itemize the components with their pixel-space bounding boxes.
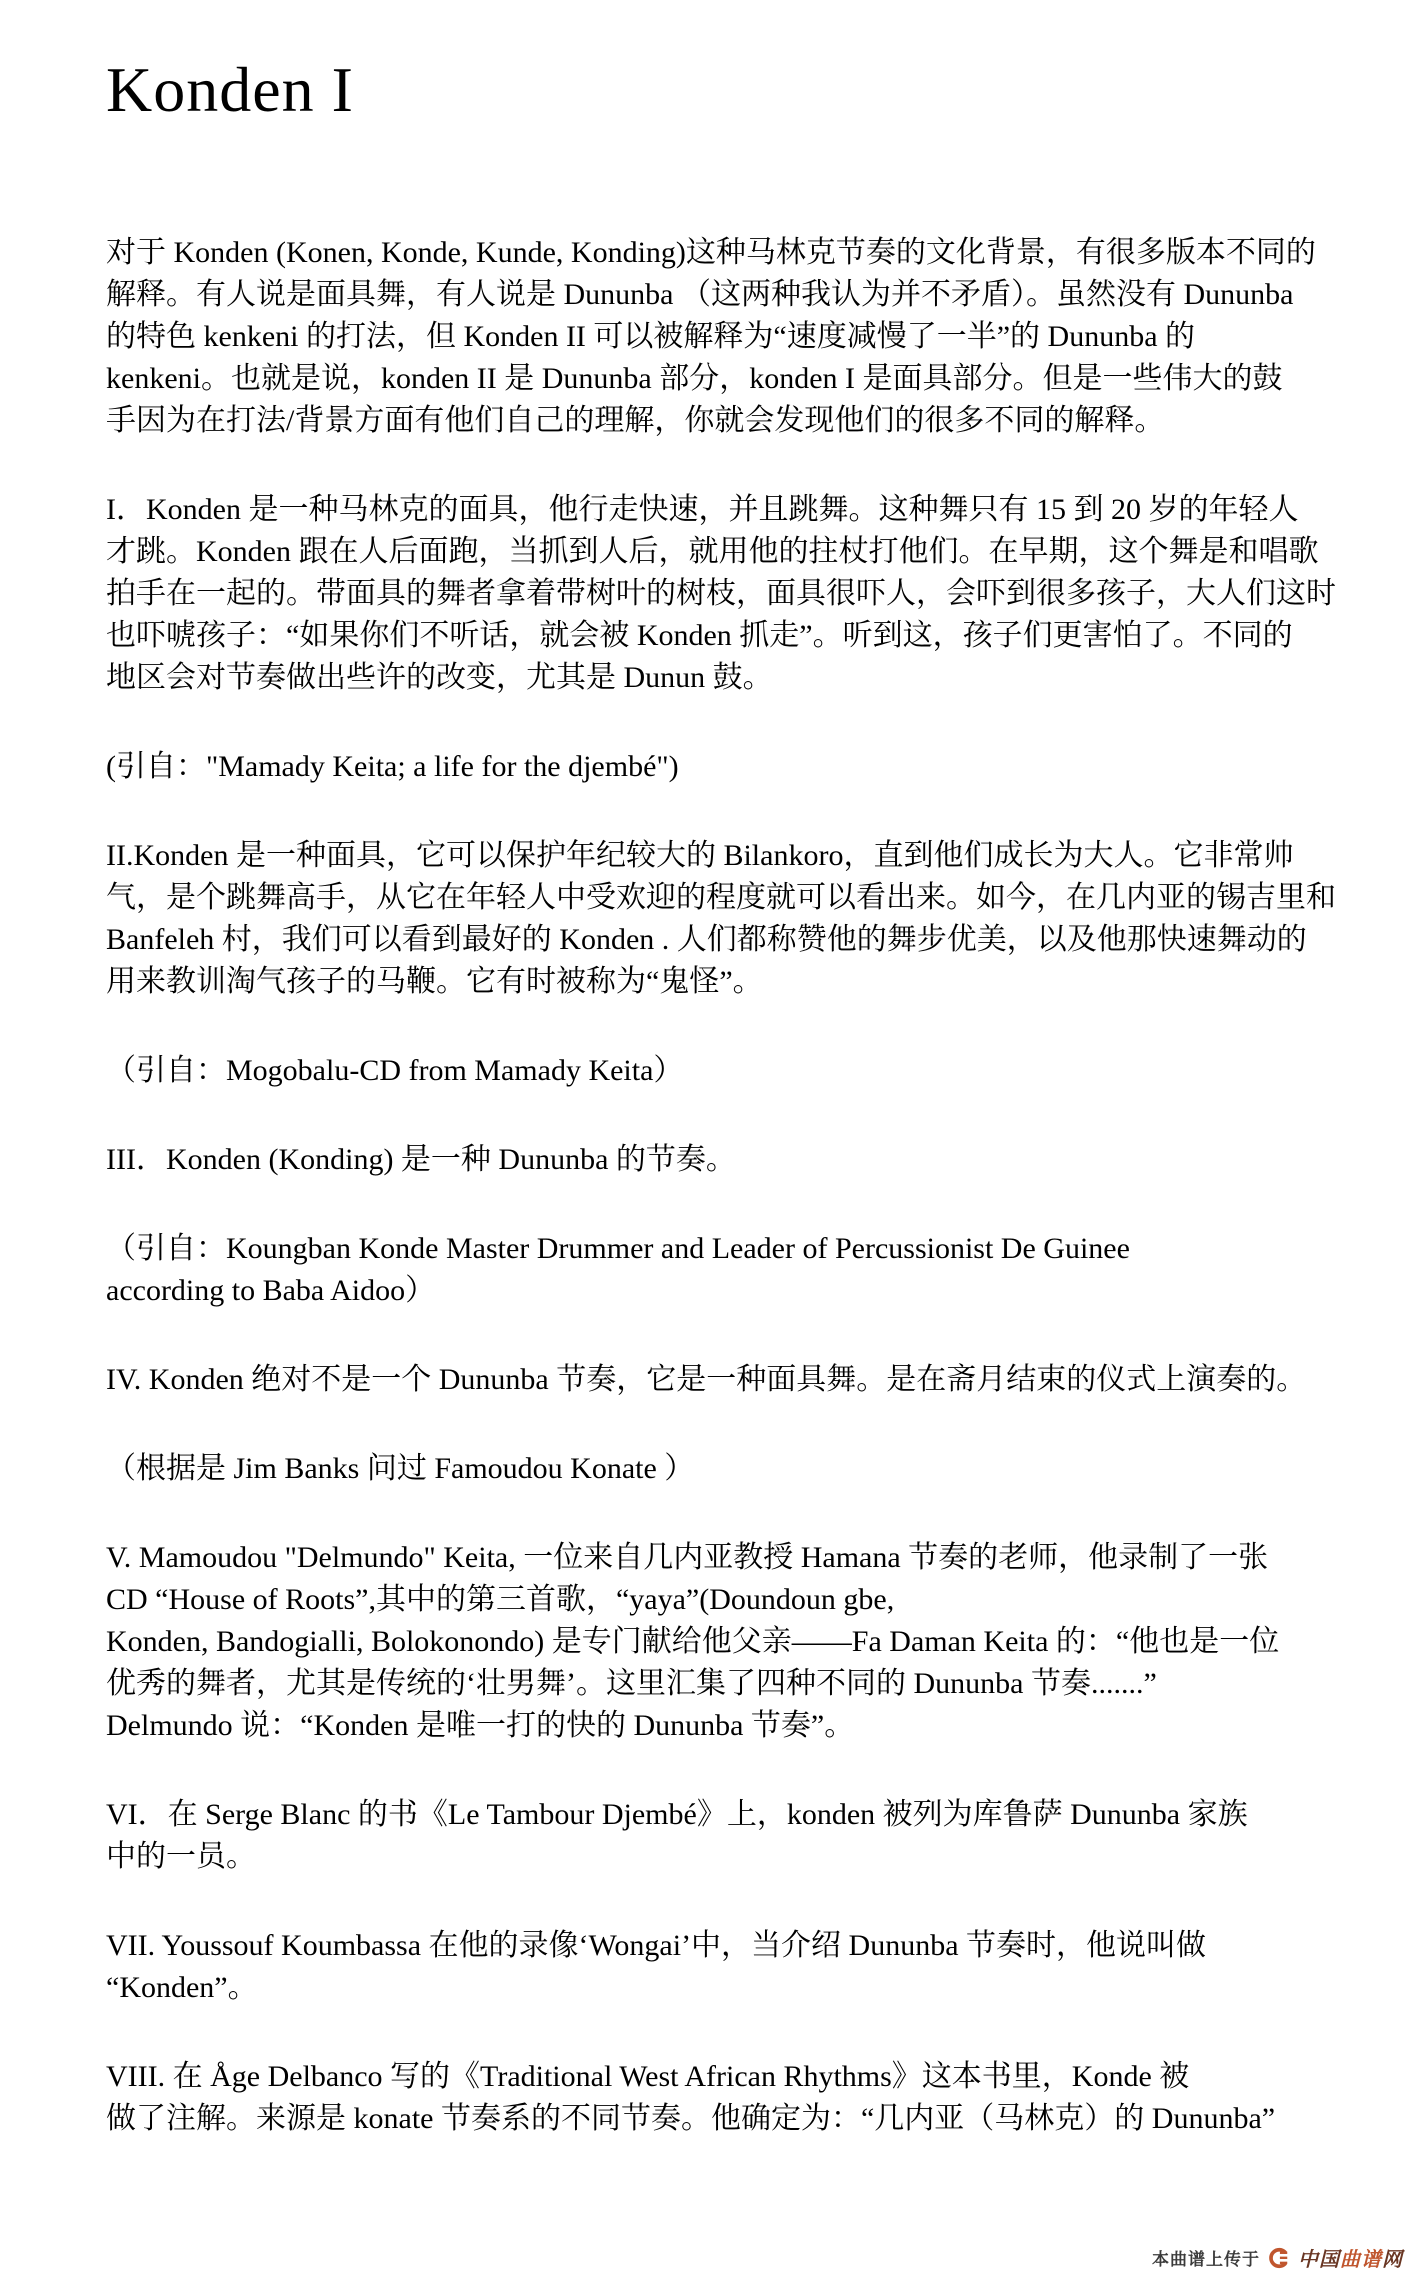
section-2-paragraph: II.Konden 是一种面具，它可以保护年纪较大的 Bilankoro，直到他… [106,835,1345,1003]
text-line: 做了注解。来源是 konate 节奏系的不同节奏。他确定为：“几内亚（马林克）的… [106,2098,1345,2140]
text-line: 解释。有人说是面具舞，有人说是 Dununba （这两种我认为并不矛盾）。虽然没… [106,274,1345,316]
text-line: 的特色 kenkeni 的打法，但 Konden II 可以被解释为“速度减慢了… [106,316,1345,358]
text-line: 才跳。Konden 跟在人后面跑，当抓到人后，就用他的拄杖打他们。在早期，这个舞… [106,531,1345,573]
section-1-paragraph: I．Konden 是一种马林克的面具，他行走快速，并且跳舞。这种舞只有 15 到… [106,489,1345,699]
text-line: （引自：Mogobalu-CD from Mamady Keita） [106,1050,1345,1092]
text-line: 对于 Konden (Konen, Konde, Kunde, Konding)… [106,232,1345,274]
text-line: I．Konden 是一种马林克的面具，他行走快速，并且跳舞。这种舞只有 15 到… [106,489,1345,531]
text-line: 也吓唬孩子：“如果你们不听话，就会被 Konden 抓走”。听到这，孩子们更害怕… [106,615,1345,657]
citation-3: （引自：Koungban Konde Master Drummer and Le… [106,1228,1345,1312]
site-name-part-1: 中国 [1298,2249,1340,2271]
text-line: 拍手在一起的。带面具的舞者拿着带树叶的树枝，面具很吓人，会吓到很多孩子，大人们这… [106,573,1345,615]
text-line: 中的一员。 [106,1836,1345,1878]
intro-paragraph: 对于 Konden (Konen, Konde, Kunde, Konding)… [106,232,1345,442]
footer-upload-text: 本曲谱上传于 [1152,2245,1260,2270]
text-line: kenkeni。也就是说，konden II 是 Dununba 部分，kond… [106,358,1345,400]
text-line: Banfeleh 村，我们可以看到最好的 Konden . 人们都称赞他的舞步优… [106,919,1345,961]
text-line: Delmundo 说：“Konden 是唯一打的快的 Dununba 节奏”。 [106,1705,1345,1747]
text-line: 手因为在打法/背景方面有他们自己的理解，你就会发现他们的很多不同的解释。 [106,400,1345,442]
document-title: Konden I [106,48,1345,132]
text-line: VII. Youssouf Koumbassa 在他的录像‘Wongai’中，当… [106,1925,1345,1967]
text-line: “Konden”。 [106,1967,1345,2009]
text-line: III．Konden (Konding) 是一种 Dununba 的节奏。 [106,1139,1345,1181]
text-line: 优秀的舞者，尤其是传统的‘壮男舞’。这里汇集了四种不同的 Dununba 节奏.… [106,1663,1345,1705]
text-line: (引自："Mamady Keita; a life for the djembé… [106,746,1345,788]
text-line: （根据是 Jim Banks 问过 Famoudou Konate ） [106,1448,1345,1490]
site-name: 中国曲谱网 [1298,2243,1403,2272]
text-line: Konden, Bandogialli, Bolokonondo) 是专门献给他… [106,1621,1345,1663]
music-score-c-logo-icon [1268,2247,1290,2269]
section-8-paragraph: VIII. 在 Åge Delbanco 写的《Traditional West… [106,2056,1345,2140]
text-line: V. Mamoudou "Delmundo" Keita, 一位来自几内亚教授 … [106,1537,1345,1579]
section-7-paragraph: VII. Youssouf Koumbassa 在他的录像‘Wongai’中，当… [106,1925,1345,2009]
section-5-paragraph: V. Mamoudou "Delmundo" Keita, 一位来自几内亚教授 … [106,1537,1345,1747]
text-line: CD “House of Roots”,其中的第三首歌，“yaya”(Dound… [106,1579,1345,1621]
section-6-paragraph: VI．在 Serge Blanc 的书《Le Tambour Djembé》上，… [106,1794,1345,1878]
section-3-paragraph: III．Konden (Konding) 是一种 Dununba 的节奏。 [106,1139,1345,1181]
section-4-paragraph: IV. Konden 绝对不是一个 Dununba 节奏，它是一种面具舞。是在斋… [106,1359,1345,1401]
site-footer: 本曲谱上传于 中国曲谱网 [1152,2243,1403,2272]
citation-2: （引自：Mogobalu-CD from Mamady Keita） [106,1050,1345,1092]
citation-1: (引自："Mamady Keita; a life for the djembé… [106,746,1345,788]
text-line: 地区会对节奏做出些许的改变，尤其是 Dunun 鼓。 [106,657,1345,699]
text-line: according to Baba Aidoo） [106,1270,1345,1312]
text-line: （引自：Koungban Konde Master Drummer and Le… [106,1228,1345,1270]
text-line: II.Konden 是一种面具，它可以保护年纪较大的 Bilankoro，直到他… [106,835,1345,877]
citation-4: （根据是 Jim Banks 问过 Famoudou Konate ） [106,1448,1345,1490]
text-line: IV. Konden 绝对不是一个 Dununba 节奏，它是一种面具舞。是在斋… [106,1359,1345,1401]
text-line: VIII. 在 Åge Delbanco 写的《Traditional West… [106,2056,1345,2098]
site-name-part-3: 网 [1382,2249,1403,2271]
text-line: VI．在 Serge Blanc 的书《Le Tambour Djembé》上，… [106,1794,1345,1836]
document-page: Konden I 对于 Konden (Konen, Konde, Kunde,… [0,0,1415,2278]
text-line: 气，是个跳舞高手，从它在年轻人中受欢迎的程度就可以看出来。如今，在几内亚的锡吉里… [106,877,1345,919]
site-name-part-2: 曲谱 [1340,2249,1382,2271]
text-line: 用来教训淘气孩子的马鞭。它有时被称为“鬼怪”。 [106,961,1345,1003]
